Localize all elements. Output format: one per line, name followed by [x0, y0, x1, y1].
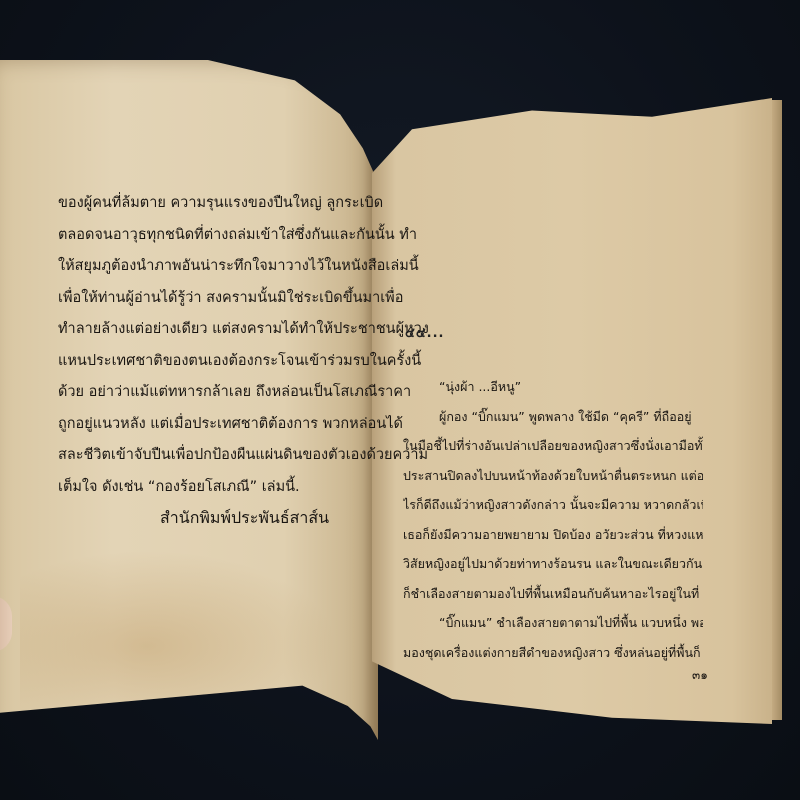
right-line: ผู้กอง “บิ๊กแมน” พูดพลาง ใช้มีด “คุครี” …	[403, 402, 703, 432]
left-page-text: ของผู้คนที่ล้มตาย ความรุนแรงของปืนใหญ่ ล…	[58, 188, 368, 503]
left-line: สละชีวิตเข้าจับปืนเพื่อปกป้องผืนแผ่นดินข…	[58, 440, 368, 472]
chapter-number: ๔๔...	[405, 322, 445, 343]
left-line: เต็มใจ ดังเช่น “กองร้อยโสเภณี” เล่มนี้.	[58, 472, 368, 504]
left-line: แหนประเทศชาติของตนเองต้องกระโจนเข้าร่วมร…	[58, 346, 368, 378]
right-line: มองชุดเครื่องแต่งกายสีดำของหญิงสาว ซึ่งห…	[403, 638, 703, 668]
right-line: ไรก็ดีถึงแม้ว่าหญิงสาวดังกล่าว นั้นจะมีค…	[403, 490, 703, 520]
left-line: เพื่อให้ท่านผู้อ่านได้รู้ว่า สงครามนั้นม…	[58, 283, 368, 315]
left-line: ด้วย อย่าว่าแม้แต่ทหารกล้าเลย ถึงหล่อนเป…	[58, 377, 368, 409]
right-page-text: “นุ่งผ้า ...อีหนู” ผู้กอง “บิ๊กแมน” พูดพ…	[403, 372, 703, 667]
right-line: วิสัยหญิงอยู่ไปมาด้วยท่าทางร้อนรน และในข…	[403, 549, 703, 579]
photo-scene: ของผู้คนที่ล้มตาย ความรุนแรงของปืนใหญ่ ล…	[0, 0, 800, 800]
page-number: ๓๑	[692, 666, 708, 685]
left-line: ของผู้คนที่ล้มตาย ความรุนแรงของปืนใหญ่ ล…	[58, 188, 368, 220]
right-line: “นุ่งผ้า ...อีหนู”	[403, 372, 703, 402]
right-line: เธอก็ยังมีความอายพยายาม ปิดบ้อง อวัยวะส่…	[403, 520, 703, 550]
left-line: ให้สยุมภูต้องนำภาพอันน่าระทึกใจมาวางไว้ใ…	[58, 251, 368, 283]
right-line: “บิ๊กแมน” ชำเลืองสายตาตามไปที่พื้น แวบหน…	[403, 608, 703, 638]
right-line: ก็ชำเลืองสายตามองไปที่พื้นเหมือนกับค้นหา…	[403, 579, 703, 609]
left-line: ตลอดจนอาวุธทุกชนิดที่ต่างถล่มเข้าใส่ซึ่ง…	[58, 220, 368, 252]
right-line: ในมือชี้ไปที่ร่างอันเปล่าเปลือยของหญิงสา…	[403, 431, 703, 461]
left-line: ทำลายล้างแต่อย่างเดียว แต่สงครามได้ทำให้…	[58, 314, 368, 346]
publisher-signature: สำนักพิมพ์ประพันธ์สาส์น	[160, 506, 329, 531]
left-line: ถูกอยู่แนวหลัง แต่เมื่อประเทศชาติต้องการ…	[58, 409, 368, 441]
right-page-edge	[772, 100, 782, 720]
right-line: ประสานปิดลงไปบนหน้าท้องด้วยใบหน้าตื่นตระ…	[403, 461, 703, 491]
